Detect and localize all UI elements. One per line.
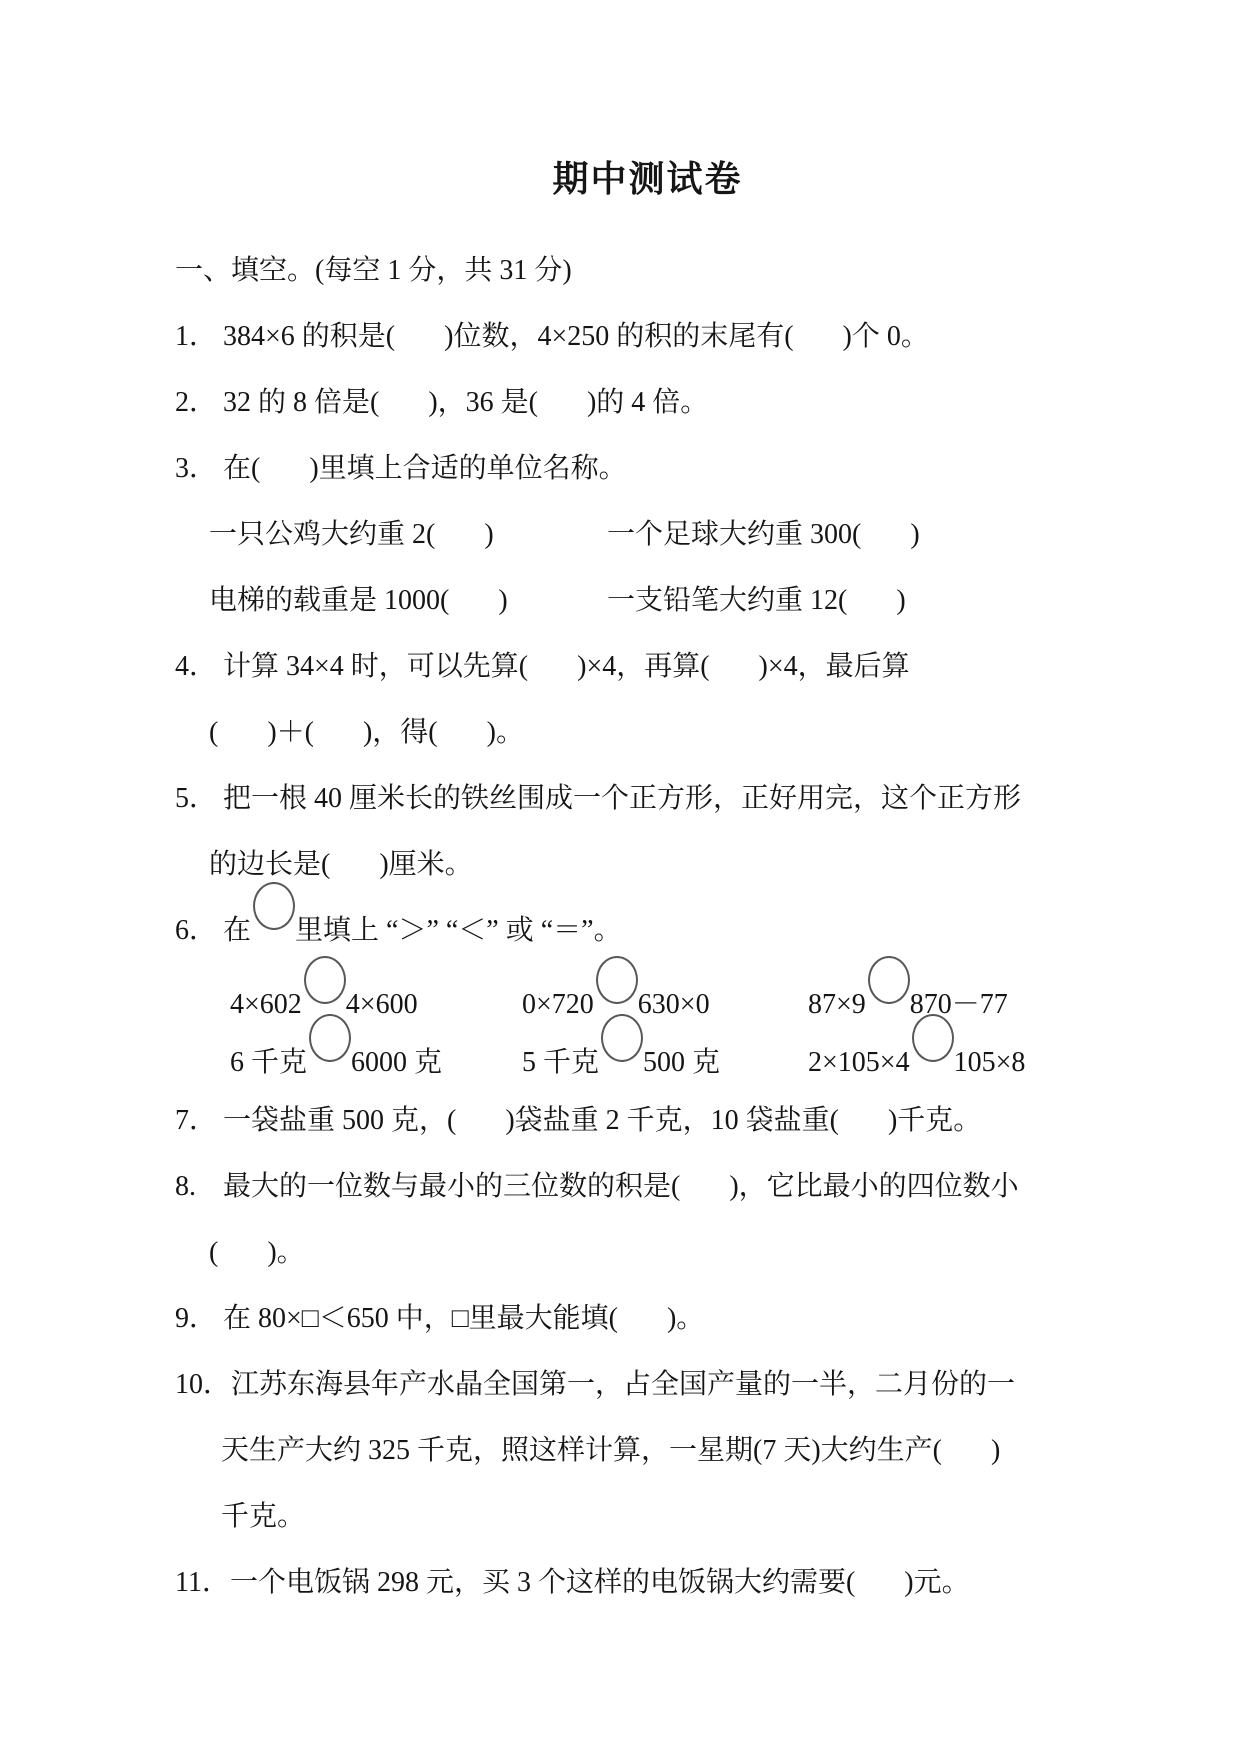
question-text: 计算 34×4 时，可以先算( )×4，再算( )×4，最后算: [223, 650, 1120, 684]
empty-circle-shape: [596, 956, 638, 1004]
comparison-circle: [910, 1070, 954, 1071]
question-text: 一个电饭锅 298 元，买 3 个这样的电饭锅大约需要( )元。: [230, 1566, 1120, 1600]
question-number: 10．: [175, 1368, 231, 1402]
empty-circle-shape: [868, 956, 910, 1004]
comparison-item: 87×9870－77: [808, 988, 1120, 1022]
comparison-item: 2×105×4105×8: [808, 1046, 1120, 1080]
question-text: 把一根 40 厘米长的铁丝围成一个正方形，正好用完，这个正方形: [223, 782, 1120, 816]
question-number: 5．: [175, 782, 223, 816]
empty-circle-shape: [253, 882, 295, 930]
question-text: 一袋盐重 500 克，( )袋盐重 2 千克，10 袋盐重( )千克。: [223, 1104, 1120, 1138]
comparison-item: 6 千克6000 克: [230, 1046, 522, 1080]
question-4-line-2: ( )＋( )，得( )。: [175, 716, 1120, 750]
question-7: 7． 一袋盐重 500 克，( )袋盐重 2 千克，10 袋盐重( )千克。: [175, 1104, 1120, 1138]
question-10-line-3: 千克。: [175, 1500, 1120, 1534]
test-paper-page: 期中测试卷 一、填空。(每空 1 分，共 31 分) 1． 384×6 的积是(…: [0, 0, 1240, 1754]
question-8: 8. 最大的一位数与最小的三位数的积是( )，它比最小的四位数小: [175, 1170, 1120, 1204]
comparison-right: 105×8: [954, 1047, 1026, 1078]
question-5-line-2: 的边长是( )厘米。: [175, 848, 1120, 882]
question-text: 在( )里填上合适的单位名称。: [223, 452, 1120, 486]
question-1: 1． 384×6 的积是( )位数，4×250 的积的末尾有( )个 0。: [175, 320, 1120, 354]
comparison-item: 5 千克500 克: [522, 1046, 808, 1080]
question-5: 5． 把一根 40 厘米长的铁丝围成一个正方形，正好用完，这个正方形: [175, 782, 1120, 816]
question-number: 8.: [175, 1170, 223, 1204]
comparison-left: 5 千克: [522, 1047, 599, 1078]
comparison-right: 6000 克: [351, 1047, 442, 1078]
comparison-item: 0×720630×0: [522, 988, 808, 1022]
question-6-pre-text: 在: [223, 915, 251, 946]
question-number: 4．: [175, 650, 223, 684]
comparison-circle: [307, 1070, 351, 1071]
unit-blank-item: 一个足球大约重 300( ): [607, 518, 920, 552]
comparison-right: 500 克: [643, 1047, 720, 1078]
question-number: 9．: [175, 1302, 223, 1336]
unit-blank-item: 一只公鸡大约重 2( ): [209, 518, 607, 552]
unit-blank-item: 一支铅笔大约重 12( ): [607, 584, 906, 618]
question-text: 在 80×□＜650 中，□里最大能填( )。: [223, 1302, 1120, 1336]
empty-circle-shape: [601, 1014, 643, 1062]
question-3-units-row-1: 一只公鸡大约重 2( ) 一个足球大约重 300( ): [175, 518, 1120, 552]
question-10: 10． 江苏东海县年产水晶全国第一，占全国产量的一半，二月份的一: [175, 1368, 1120, 1402]
empty-circle-shape: [304, 956, 346, 1004]
question-number: 1．: [175, 320, 223, 354]
comparison-circle: [866, 1012, 910, 1013]
question-text: 江苏东海县年产水晶全国第一，占全国产量的一半，二月份的一: [231, 1368, 1120, 1402]
comparison-left: 4×602: [230, 989, 302, 1020]
comparison-row-1: 4×6024×600 0×720630×0 87×9870－77: [175, 988, 1120, 1022]
page-title: 期中测试卷: [175, 158, 1120, 200]
question-number: 7．: [175, 1104, 223, 1138]
question-6: 6． 在里填上 “＞” “＜” 或 “＝”。: [175, 914, 1120, 948]
question-number: 6．: [175, 914, 223, 948]
question-number: 2．: [175, 386, 223, 420]
question-text: 32 的 8 倍是( )，36 是( )的 4 倍。: [223, 386, 1120, 420]
question-2: 2． 32 的 8 倍是( )，36 是( )的 4 倍。: [175, 386, 1120, 420]
comparison-item: 4×6024×600: [230, 988, 522, 1022]
comparison-left: 6 千克: [230, 1047, 307, 1078]
comparison-circle: [251, 938, 295, 939]
question-11: 11． 一个电饭锅 298 元，买 3 个这样的电饭锅大约需要( )元。: [175, 1566, 1120, 1600]
comparison-circle: [302, 1012, 346, 1013]
empty-circle-shape: [912, 1014, 954, 1062]
comparison-left: 0×720: [522, 989, 594, 1020]
section-header: 一、填空。(每空 1 分，共 31 分): [175, 254, 1120, 288]
question-4: 4． 计算 34×4 时，可以先算( )×4，再算( )×4，最后算: [175, 650, 1120, 684]
comparison-circle: [599, 1070, 643, 1071]
question-9: 9． 在 80×□＜650 中，□里最大能填( )。: [175, 1302, 1120, 1336]
comparison-right: 4×600: [346, 989, 418, 1020]
question-text: 384×6 的积是( )位数，4×250 的积的末尾有( )个 0。: [223, 320, 1120, 354]
question-text: 在里填上 “＞” “＜” 或 “＝”。: [223, 914, 1120, 948]
empty-circle-shape: [309, 1014, 351, 1062]
question-3-units-row-2: 电梯的载重是 1000( ) 一支铅笔大约重 12( ): [175, 584, 1120, 618]
comparison-left: 2×105×4: [808, 1047, 910, 1078]
comparison-left: 87×9: [808, 989, 866, 1020]
question-10-line-2: 天生产大约 325 千克，照这样计算，一星期(7 天)大约生产( ): [175, 1434, 1120, 1468]
comparison-right: 630×0: [638, 989, 710, 1020]
question-text: 最大的一位数与最小的三位数的积是( )，它比最小的四位数小: [223, 1170, 1120, 1204]
unit-blank-item: 电梯的载重是 1000( ): [209, 584, 607, 618]
question-8-line-2: ( )。: [175, 1236, 1120, 1270]
question-number: 3．: [175, 452, 223, 486]
comparison-circle: [594, 1012, 638, 1013]
question-6-post-text: 里填上 “＞” “＜” 或 “＝”。: [295, 915, 622, 946]
question-number: 11．: [175, 1566, 230, 1600]
question-3: 3． 在( )里填上合适的单位名称。: [175, 452, 1120, 486]
comparison-row-2: 6 千克6000 克 5 千克500 克 2×105×4105×8: [175, 1046, 1120, 1080]
